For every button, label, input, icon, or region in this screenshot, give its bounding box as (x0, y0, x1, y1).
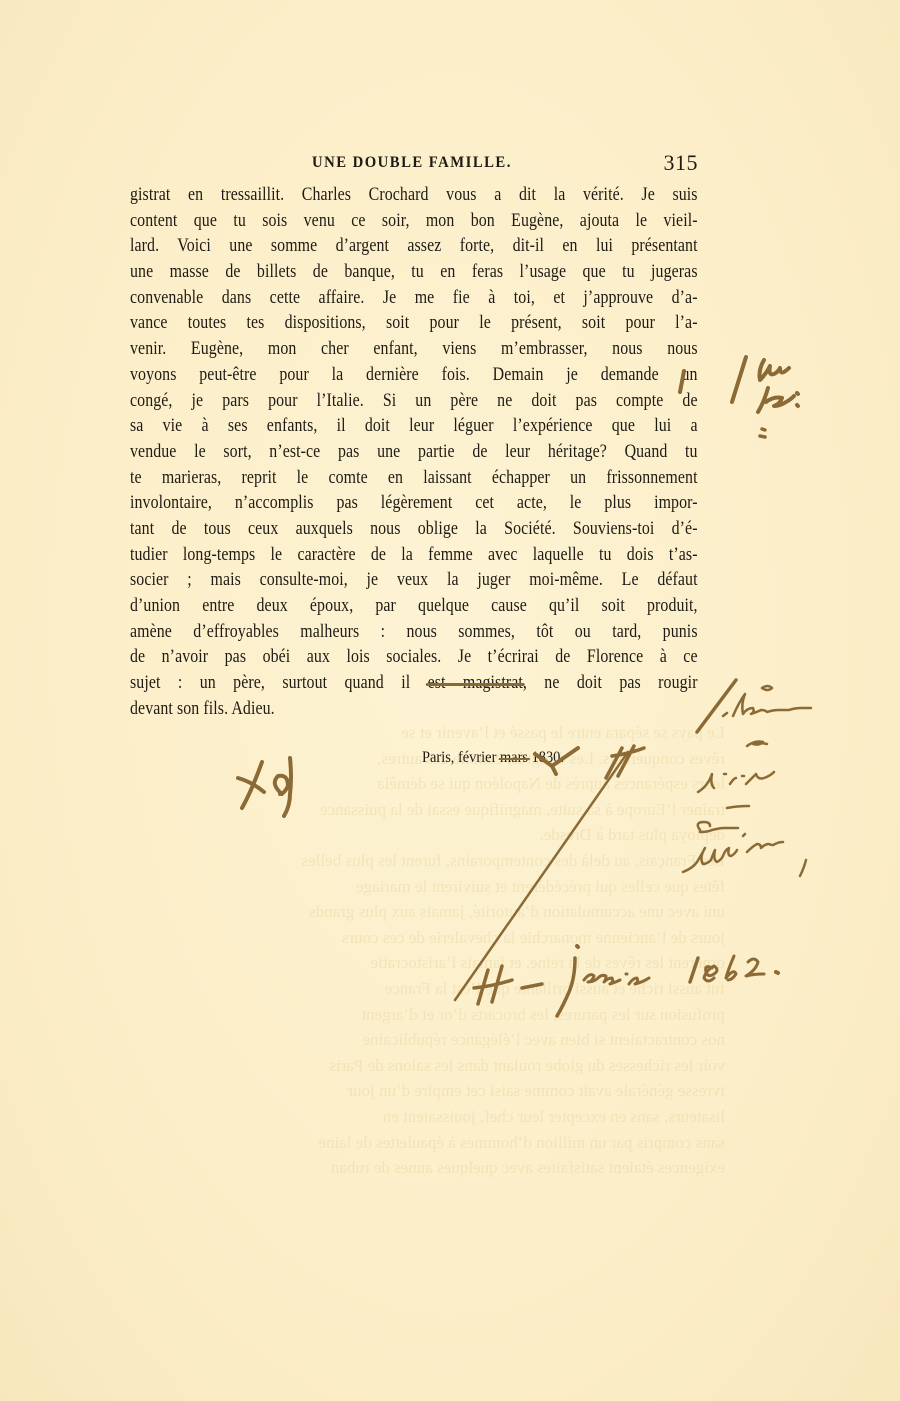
text-line: voyons peut-être pour la dernière fois. … (130, 363, 698, 389)
text-line: amène d’effroyables malheurs : nous somm… (130, 620, 698, 646)
text-line: convenable dans cette affaire. Je me fie… (130, 286, 698, 312)
text-line: vance toutes tes dispositions, soit pour… (130, 311, 698, 337)
text-line: congé, je pars pour l’Italie. Si un père… (130, 389, 698, 415)
running-head: UNE DOUBLE FAMILLE. 315 (130, 152, 698, 178)
text-line: lard. Voici une somme d’argent assez for… (130, 234, 698, 260)
margin-note-au-roi (732, 357, 798, 437)
bleed-through-line: sans compris par un million d’hommes à é… (255, 1130, 725, 1156)
text-line: involontaire, n’accomplis pas légèrement… (130, 491, 698, 517)
text-line: content que tu sois venu ce soir, mon bo… (130, 209, 698, 235)
text-line: tudier long-temps le caractère de la fem… (130, 543, 698, 569)
text-segment: , ne doit pas rougir (523, 673, 698, 693)
struck-month: mars (500, 749, 528, 766)
bleed-through-line: Les Français, au delà des contemporains,… (255, 848, 725, 874)
bleed-through-line: profusion sur les parures, les brocarts … (255, 1002, 725, 1028)
bleed-through-line: jours de l’ancienne monarchie la chevale… (255, 925, 725, 951)
bleed-through-line: déploya plus tard à Dresde. (255, 822, 725, 848)
bleed-through-line: lisateurs, sans en excepter leur chef, j… (255, 1104, 725, 1130)
book-page: Le pays se sépara entre le passé et l’av… (0, 0, 900, 1401)
bleed-through-text: Le pays se sépara entre le passé et l’av… (255, 720, 725, 1190)
bleed-through-line: ivresse générale avait comme saisi cet e… (255, 1078, 725, 1104)
bleed-through-line: nos contractaient si bien avec l’éléganc… (255, 1027, 725, 1053)
bleed-through-line: traîner l’Europe à sa suite, magnifique … (255, 797, 725, 823)
bleed-through-line: voir les richesses du globe roulant dans… (255, 1053, 725, 1079)
bleed-through-line: uni avec une accumulation d’autorité, ja… (255, 899, 725, 925)
bleed-through-line: ornèrent les rêves de la reine, et jamai… (255, 950, 725, 976)
text-line: devant son fils. Adieu. (130, 697, 698, 723)
text-line: socier ; mais consulte-moi, je veux la j… (130, 568, 698, 594)
bleed-through-line: leurs espérances auprès de Napoléon qui … (255, 771, 725, 797)
text-line: te marieras, reprit le comte en laissant… (130, 466, 698, 492)
text-line: une masse de billets de banque, tu en fe… (130, 260, 698, 286)
text-line: gistrat en tressaillit. Charles Crochard… (130, 183, 698, 209)
bleed-through-line: exigences étaient satisfaites avec quelq… (255, 1155, 725, 1181)
dateline-year: 1830. (528, 749, 564, 766)
bleed-through-line: fêtes que celles qui précédèrent et suiv… (255, 874, 725, 900)
running-title: UNE DOUBLE FAMILLE. (312, 154, 512, 172)
body-text: gistrat en tressaillit. Charles Crochard… (130, 183, 698, 722)
struck-text: est magistrat (428, 673, 523, 693)
text-line: tant de tous ceux auxquels nous oblige l… (130, 517, 698, 543)
text-segment: sujet : un père, surtout quand il (130, 673, 428, 693)
bleed-through-line: Le pays se sépara entre le passé et l’av… (255, 720, 725, 746)
text-line-with-deletion: sujet : un père, surtout quand il est ma… (130, 671, 698, 697)
page-number: 315 (664, 150, 699, 176)
bleed-through-line: fut aussi riche et aussi brillante que l… (255, 976, 725, 1002)
dateline: Paris, février mars 1830. (422, 749, 564, 767)
dateline-month: Paris, février (422, 749, 500, 766)
text-line: venir. Eugène, mon cher enfant, viens m’… (130, 337, 698, 363)
text-line: sa vie à ses enfants, il doit leur légue… (130, 414, 698, 440)
text-line: vendue le sort, n’est-ce pas une partie … (130, 440, 698, 466)
text-line: d’union entre deux époux, par quelque ca… (130, 594, 698, 620)
text-line: de n’avoir pas obéi aux lois sociales. J… (130, 645, 698, 671)
